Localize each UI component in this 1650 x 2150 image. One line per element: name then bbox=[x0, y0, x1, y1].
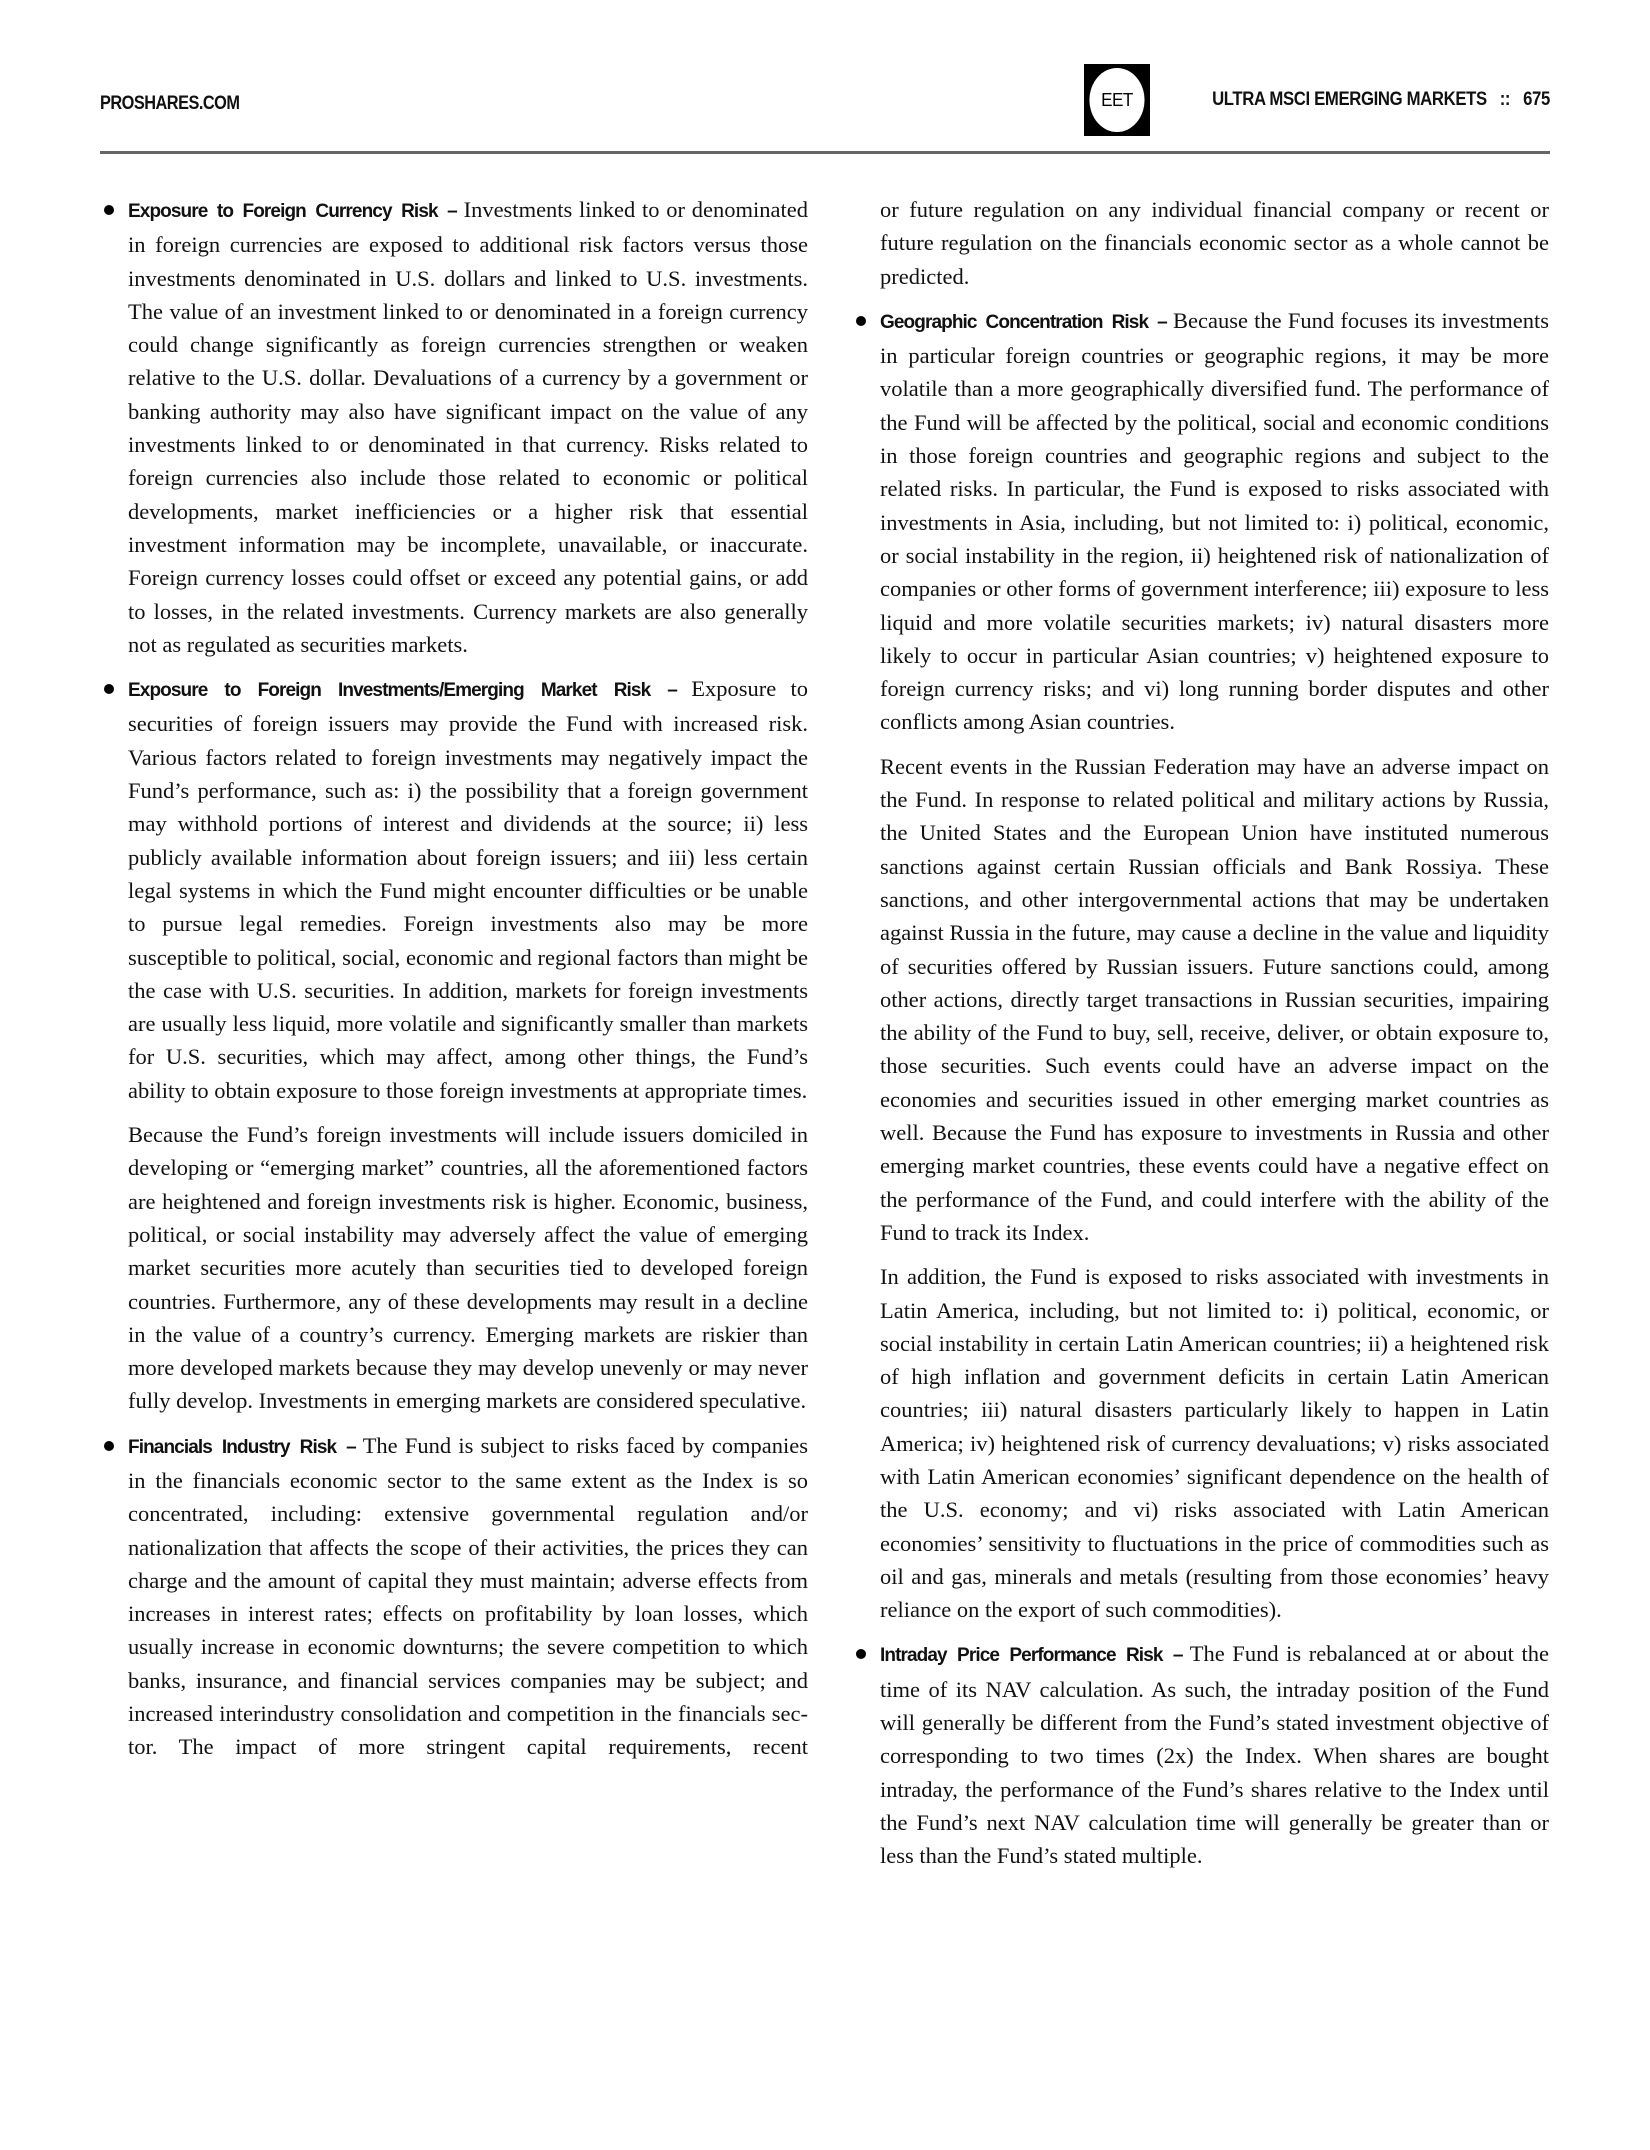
fund-name: ULTRA MSCI EMERGING MARKETS bbox=[1212, 89, 1487, 110]
ticker-badge-circle: EET bbox=[1090, 68, 1145, 132]
risk-text: Investments linked to or denominated in … bbox=[128, 197, 808, 657]
russia-paragraph: Recent events in the Russian Federation … bbox=[880, 750, 1549, 1249]
bullet-icon bbox=[856, 1649, 866, 1659]
risk-heading: Intraday Price Performance Risk – bbox=[880, 1645, 1183, 1666]
site-name: PROSHARES.COM bbox=[100, 93, 239, 115]
risk-text: Because the Fund focuses its investments… bbox=[880, 308, 1549, 735]
risk-heading: Geographic Concentration Risk – bbox=[880, 312, 1167, 333]
latin-america-paragraph: In addition, the Fund is exposed to risk… bbox=[880, 1260, 1549, 1626]
risk-text: The Fund is rebalanced at or about the t… bbox=[880, 1641, 1549, 1868]
header-title-group: EET ULTRA MSCI EMERGING MARKETS :: 675 bbox=[1084, 60, 1550, 140]
header-rule bbox=[100, 151, 1550, 154]
risk-item-financials-industry: Financials Industry Risk – The Fund is s… bbox=[128, 1429, 808, 1764]
carryover-paragraph: or future regulation on any individual f… bbox=[880, 193, 1549, 293]
risk-item-intraday-price-performance: Intraday Price Performance Risk – The Fu… bbox=[880, 1637, 1549, 1872]
risk-text: The Fund is subject to risks faced by co… bbox=[128, 1433, 808, 1760]
risk-heading: Exposure to Foreign Investments/Emerging… bbox=[128, 680, 677, 701]
bullet-icon bbox=[104, 205, 114, 215]
ticker-badge: EET bbox=[1084, 64, 1150, 136]
fund-title: ULTRA MSCI EMERGING MARKETS :: 675 bbox=[1212, 89, 1550, 111]
risk-item-foreign-investments: Exposure to Foreign Investments/Emerging… bbox=[128, 672, 808, 1107]
risk-item-foreign-currency: Exposure to Foreign Currency Risk – Inve… bbox=[128, 193, 808, 661]
bullet-icon bbox=[104, 1441, 114, 1451]
risk-heading: Exposure to Foreign Currency Risk – bbox=[128, 201, 457, 222]
risk-item-geographic-concentration: Geographic Concentration Risk – Because … bbox=[880, 304, 1549, 739]
risk-heading: Financials Industry Risk – bbox=[128, 1437, 356, 1458]
risk-text: Exposure to securities of foreign issuer… bbox=[128, 676, 808, 1103]
page-number: 675 bbox=[1523, 89, 1550, 110]
risk-continuation-paragraph: Because the Fund’s foreign investments w… bbox=[128, 1118, 808, 1418]
title-separator: :: bbox=[1500, 89, 1510, 110]
right-column: or future regulation on any individual f… bbox=[880, 193, 1549, 1884]
bullet-icon bbox=[104, 684, 114, 694]
bullet-icon bbox=[856, 316, 866, 326]
left-column: Exposure to Foreign Currency Risk – Inve… bbox=[128, 193, 808, 1775]
